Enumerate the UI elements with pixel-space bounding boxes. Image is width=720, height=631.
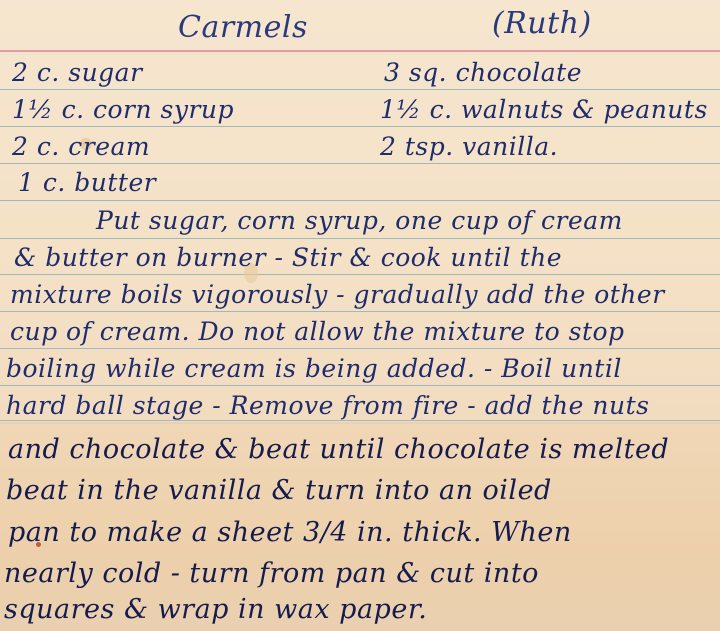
instruction-line: beat in the vanilla & turn into an oiled xyxy=(6,475,552,506)
instruction-line: cup of cream. Do not allow the mixture t… xyxy=(10,317,625,346)
ingredient-right: 2 tsp. vanilla. xyxy=(380,132,558,161)
instruction-line: boiling while cream is being added. - Bo… xyxy=(6,354,622,383)
ingredient-left: 2 c. sugar xyxy=(12,58,143,87)
ingredient-left: 2 c. cream xyxy=(12,132,150,161)
ruled-line xyxy=(0,200,720,201)
instruction-line: hard ball stage - Remove from fire - add… xyxy=(6,391,649,420)
recipe-title: Carmels xyxy=(178,10,308,45)
instruction-line: nearly cold - turn from pan & cut into xyxy=(4,558,539,589)
ruled-line xyxy=(0,89,720,90)
recipe-card: Carmels (Ruth) 2 c. sugar 1½ c. corn syr… xyxy=(0,0,720,631)
recipe-attribution: (Ruth) xyxy=(492,6,592,41)
card-ruled-section: Carmels (Ruth) 2 c. sugar 1½ c. corn syr… xyxy=(0,0,720,424)
instruction-line: and chocolate & beat until chocolate is … xyxy=(8,434,669,465)
ruled-line xyxy=(0,348,720,349)
ruled-line xyxy=(0,385,720,386)
ingredient-right: 3 sq. chocolate xyxy=(384,58,582,87)
instruction-line: Put sugar, corn syrup, one cup of cream xyxy=(96,206,623,235)
ruled-line xyxy=(0,163,720,164)
header-rule xyxy=(0,50,720,52)
instruction-line: & butter on burner - Stir & cook until t… xyxy=(14,243,562,272)
ingredient-left: 1 c. butter xyxy=(18,168,156,197)
ruled-line xyxy=(0,420,720,421)
instruction-line: mixture boils vigorously - gradually add… xyxy=(10,280,665,309)
ingredient-left: 1½ c. corn syrup xyxy=(12,95,234,124)
card-unruled-section: and chocolate & beat until chocolate is … xyxy=(0,424,720,631)
instruction-line: squares & wrap in wax paper. xyxy=(4,594,427,625)
ruled-line xyxy=(0,311,720,312)
ingredient-right: 1½ c. walnuts & peanuts xyxy=(380,95,708,124)
ruled-line xyxy=(0,238,720,239)
ruled-line xyxy=(0,126,720,127)
instruction-line: pan to make a sheet 3/4 in. thick. When xyxy=(8,517,572,548)
ruled-line xyxy=(0,274,720,275)
